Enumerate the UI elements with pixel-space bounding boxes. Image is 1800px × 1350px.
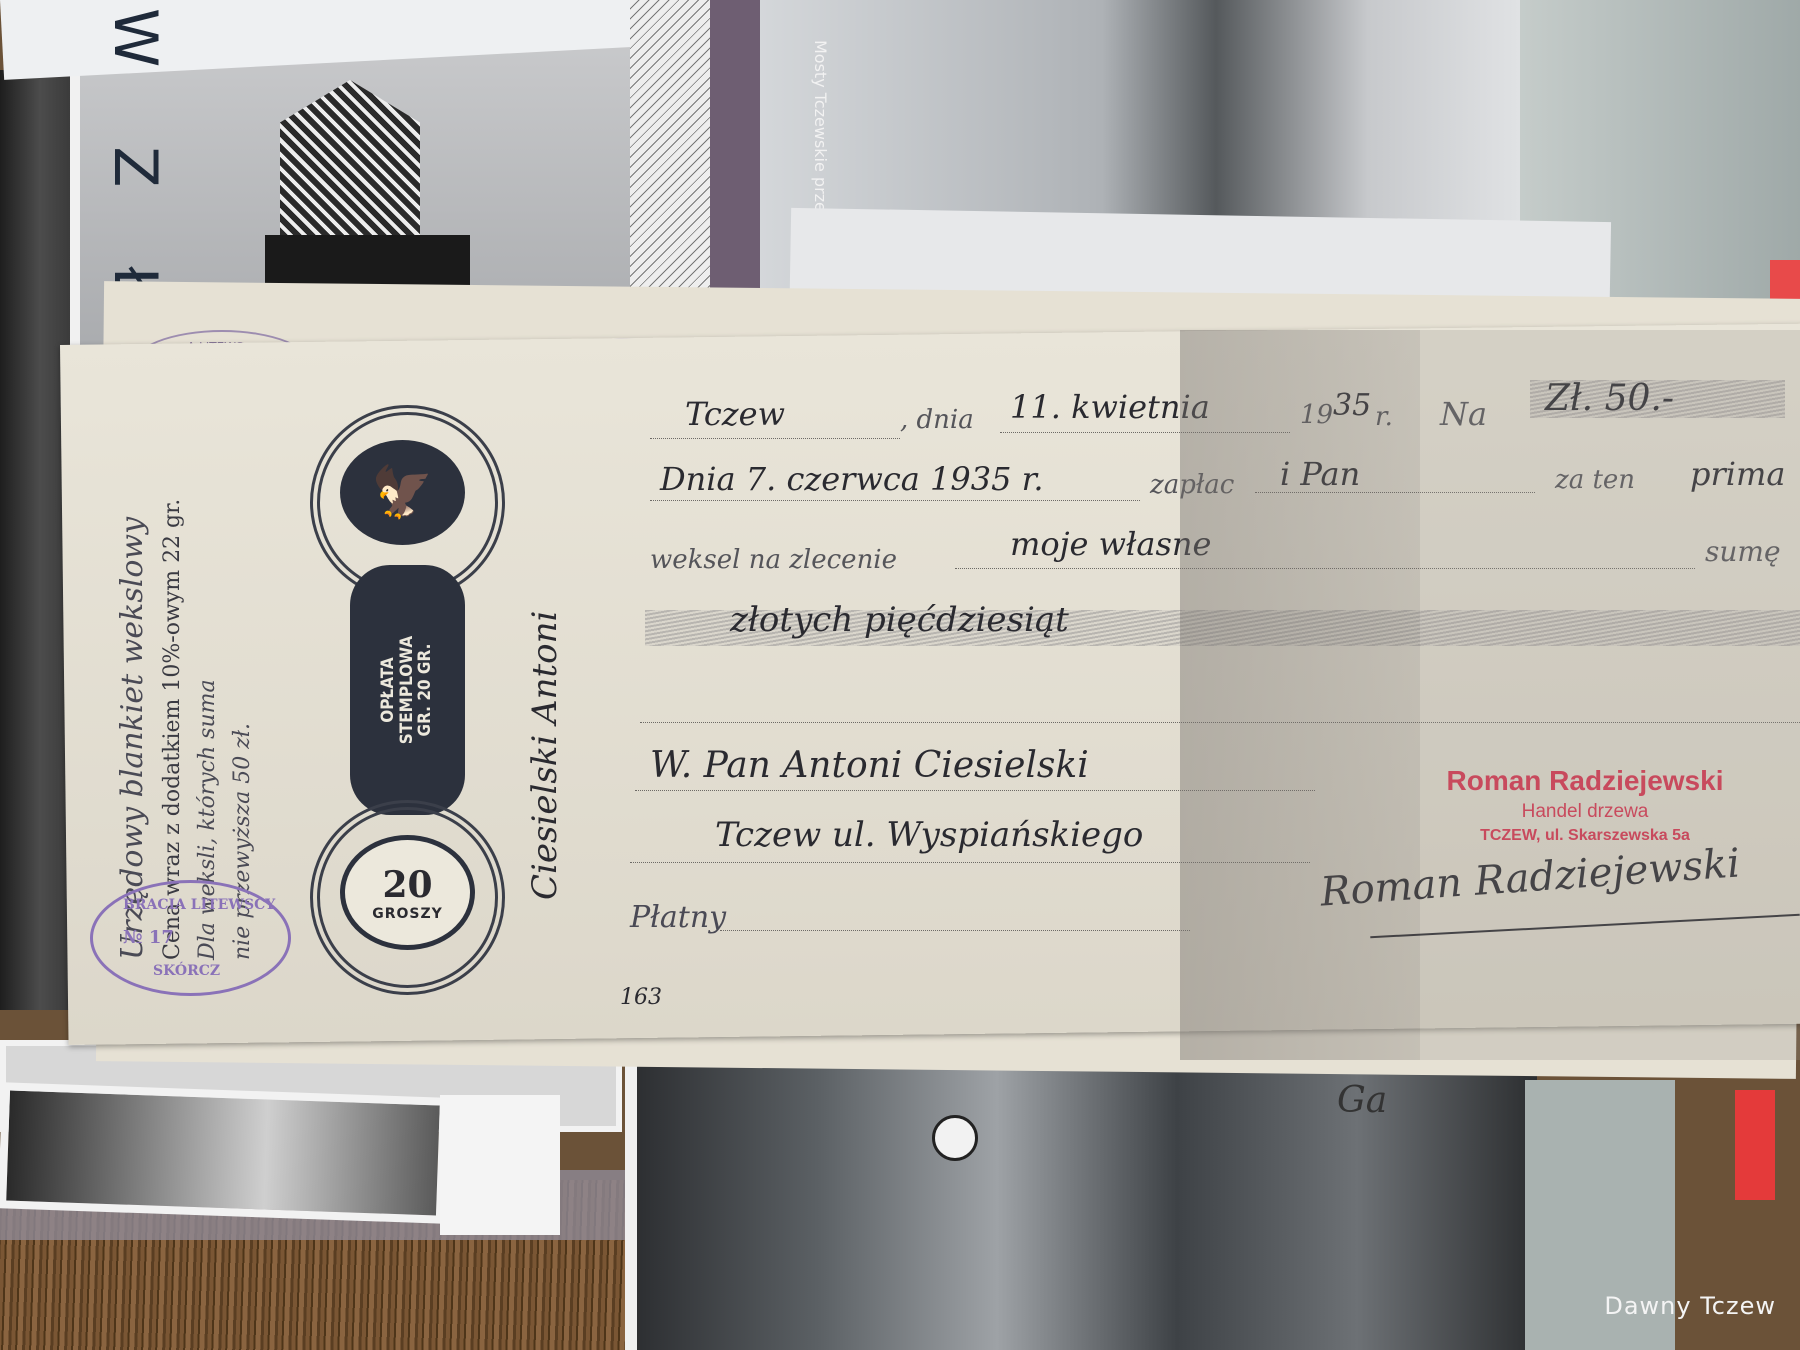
due-date-line [650, 500, 1140, 501]
stamp-cartouche: OPŁATA STEMPLOWA GR. 20 GR. [350, 565, 465, 815]
serial-number: 163 [620, 985, 662, 1010]
watermark: Dawny Tczew [1604, 1292, 1776, 1320]
tax-stamp: 🦅 OPŁATA STEMPLOWA GR. 20 GR. 20 GROSZY [305, 395, 510, 995]
hand-shadow [1180, 330, 1420, 1060]
place-line [650, 438, 900, 439]
endorsement-signature: Ciesielski Antoni [525, 611, 565, 900]
date-label: , dnia [900, 405, 974, 435]
amount-words: złotych pięćdziesiąt [730, 600, 1069, 640]
street-photo: Ga [625, 1060, 1537, 1350]
purple-stamp: BRACIA LITEWSCY № 17 SKÓRCZ [90, 880, 291, 996]
no-turn-sign-icon [932, 1115, 978, 1161]
stamp-value: 20 GROSZY [340, 835, 475, 950]
order-label: weksel na zlecenie [650, 545, 897, 575]
small-diagram-card [440, 1095, 560, 1235]
shadow-right [1420, 330, 1800, 1060]
drawee-address: Tczew ul. Wyspiańskiego [715, 815, 1143, 855]
place-value: Tczew [685, 395, 785, 433]
payable-label: Płatny [630, 900, 726, 935]
photo-print-bottom-2 [0, 1082, 448, 1223]
eagle-icon: 🦅 [340, 440, 465, 545]
bridge-drawing-strip [630, 0, 710, 320]
shop-sign: Ga [1337, 1080, 1387, 1121]
due-date-value: Dnia 7. czerwca 1935 r. [660, 460, 1044, 498]
red-sticker [1735, 1090, 1775, 1200]
drawee-name: W. Pan Antoni Ciesielski [650, 745, 1089, 786]
payable-line [720, 930, 1190, 931]
